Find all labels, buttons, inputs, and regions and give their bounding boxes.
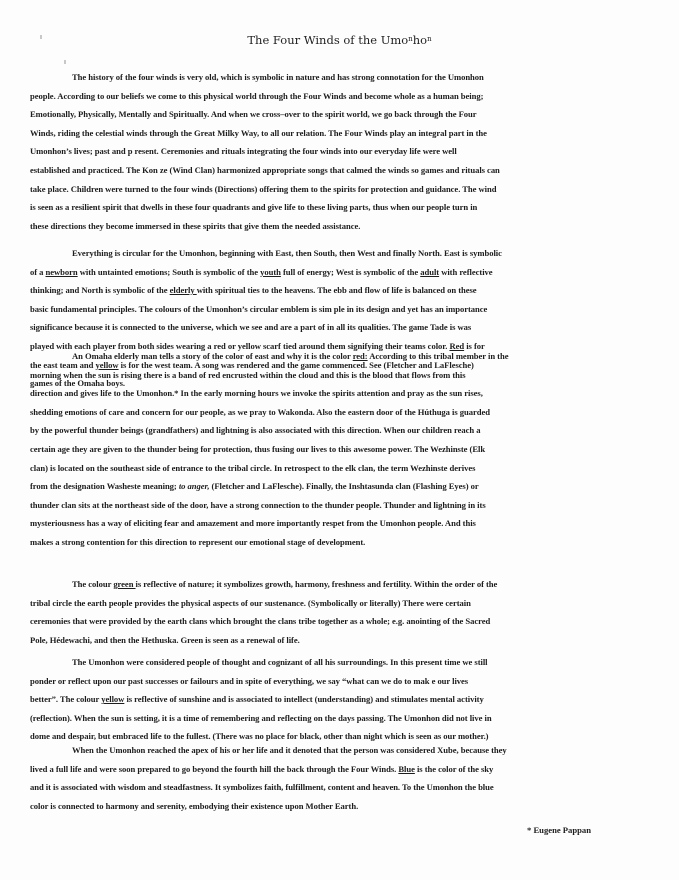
text-line: Winds, riding the celestial winds throug… xyxy=(30,124,655,143)
paragraph-yellow: The Umonhon were considered people of th… xyxy=(30,653,655,746)
text-line: certain age they are given to the thunde… xyxy=(30,440,655,459)
text-line: ponder or reflect upon our past successe… xyxy=(30,672,655,691)
text-line: shedding emotions of care and concern fo… xyxy=(30,403,655,422)
text-line: mysteriousness has a way of eliciting fe… xyxy=(30,514,655,533)
paragraph-green: The colour green is reflective of nature… xyxy=(30,575,655,649)
text-line: The Umonhon were considered people of th… xyxy=(30,653,655,672)
text-line: and it is associated with wisdom and ste… xyxy=(30,778,655,797)
text-line: Pole, Hédewachi, and then the Hethuska. … xyxy=(30,631,655,650)
text-line: better”. The colour yellow is reflective… xyxy=(30,690,655,709)
text-line: ceremonies that were provided by the ear… xyxy=(30,612,655,631)
text-line: by the powerful thunder beings (grandfat… xyxy=(30,421,655,440)
paragraph-blue: When the Umonhon reached the apex of his… xyxy=(30,741,655,815)
text-line: An Omaha elderly man tells a story of th… xyxy=(30,347,655,366)
text-line: The history of the four winds is very ol… xyxy=(30,68,655,87)
text-line: tribal circle the earth people provides … xyxy=(30,594,655,613)
underlined-word-youth: youth xyxy=(260,267,281,277)
underlined-word-green: green xyxy=(113,579,135,589)
text-line: established and practiced. The Kon ze (W… xyxy=(30,161,655,180)
underlined-word-blue: Blue xyxy=(398,764,415,774)
document-title: The Four Winds of the Umonhon xyxy=(0,33,679,47)
text-line: direction and gives life to the Umonhon.… xyxy=(30,384,655,403)
text-line: Everything is circular for the Umonhon, … xyxy=(30,244,655,263)
text-line: makes a strong contention for this direc… xyxy=(30,533,655,552)
underlined-word-yellow: yellow xyxy=(101,694,124,704)
underlined-word-adult: adult xyxy=(420,267,439,277)
text-line: take place. Children were turned to the … xyxy=(30,180,655,199)
text-line: thunder clan sits at the northeast side … xyxy=(30,496,655,515)
text-line: basic fundamental principles. The colour… xyxy=(30,300,655,319)
italic-phrase: to anger, xyxy=(179,481,210,491)
text-line: clan) is located on the southeast side o… xyxy=(30,459,655,478)
text-line: Umonhon’s lives; past and p resent. Cere… xyxy=(30,142,655,161)
paragraph-history: The history of the four winds is very ol… xyxy=(30,68,655,235)
scan-speck xyxy=(64,60,66,64)
author-signature: * Eugene Pappan xyxy=(527,825,591,835)
text-line: significance because it is connected to … xyxy=(30,318,655,337)
underlined-word-newborn: newborn xyxy=(46,267,78,277)
text-line: When the Umonhon reached the apex of his… xyxy=(30,741,655,760)
text-line: color is connected to harmony and sereni… xyxy=(30,797,655,816)
text-line: (reflection). When the sun is setting, i… xyxy=(30,709,655,728)
text-line: from the designation Washeste meaning; t… xyxy=(30,477,655,496)
text-line: lived a full life and were soon prepared… xyxy=(30,760,655,779)
paragraph-east-red: An Omaha elderly man tells a story of th… xyxy=(30,347,655,552)
underlined-word-elderly: elderly xyxy=(170,285,197,295)
text-line: these directions they become immersed in… xyxy=(30,217,655,236)
text-line: people. According to our beliefs we come… xyxy=(30,87,655,106)
text-line: is seen as a resilient spirit that dwell… xyxy=(30,198,655,217)
underlined-word-red: red: xyxy=(353,351,368,361)
text-line: morning when the sun is rising there is … xyxy=(30,366,655,385)
text-line: of a newborn with untainted emotions; So… xyxy=(30,263,655,282)
text-line: The colour green is reflective of nature… xyxy=(30,575,655,594)
text-line: Emotionally, Physically, Mentally and Sp… xyxy=(30,105,655,124)
text-line: thinking; and North is symbolic of the e… xyxy=(30,281,655,300)
document-page: The Four Winds of the Umonhon The histor… xyxy=(0,0,679,880)
